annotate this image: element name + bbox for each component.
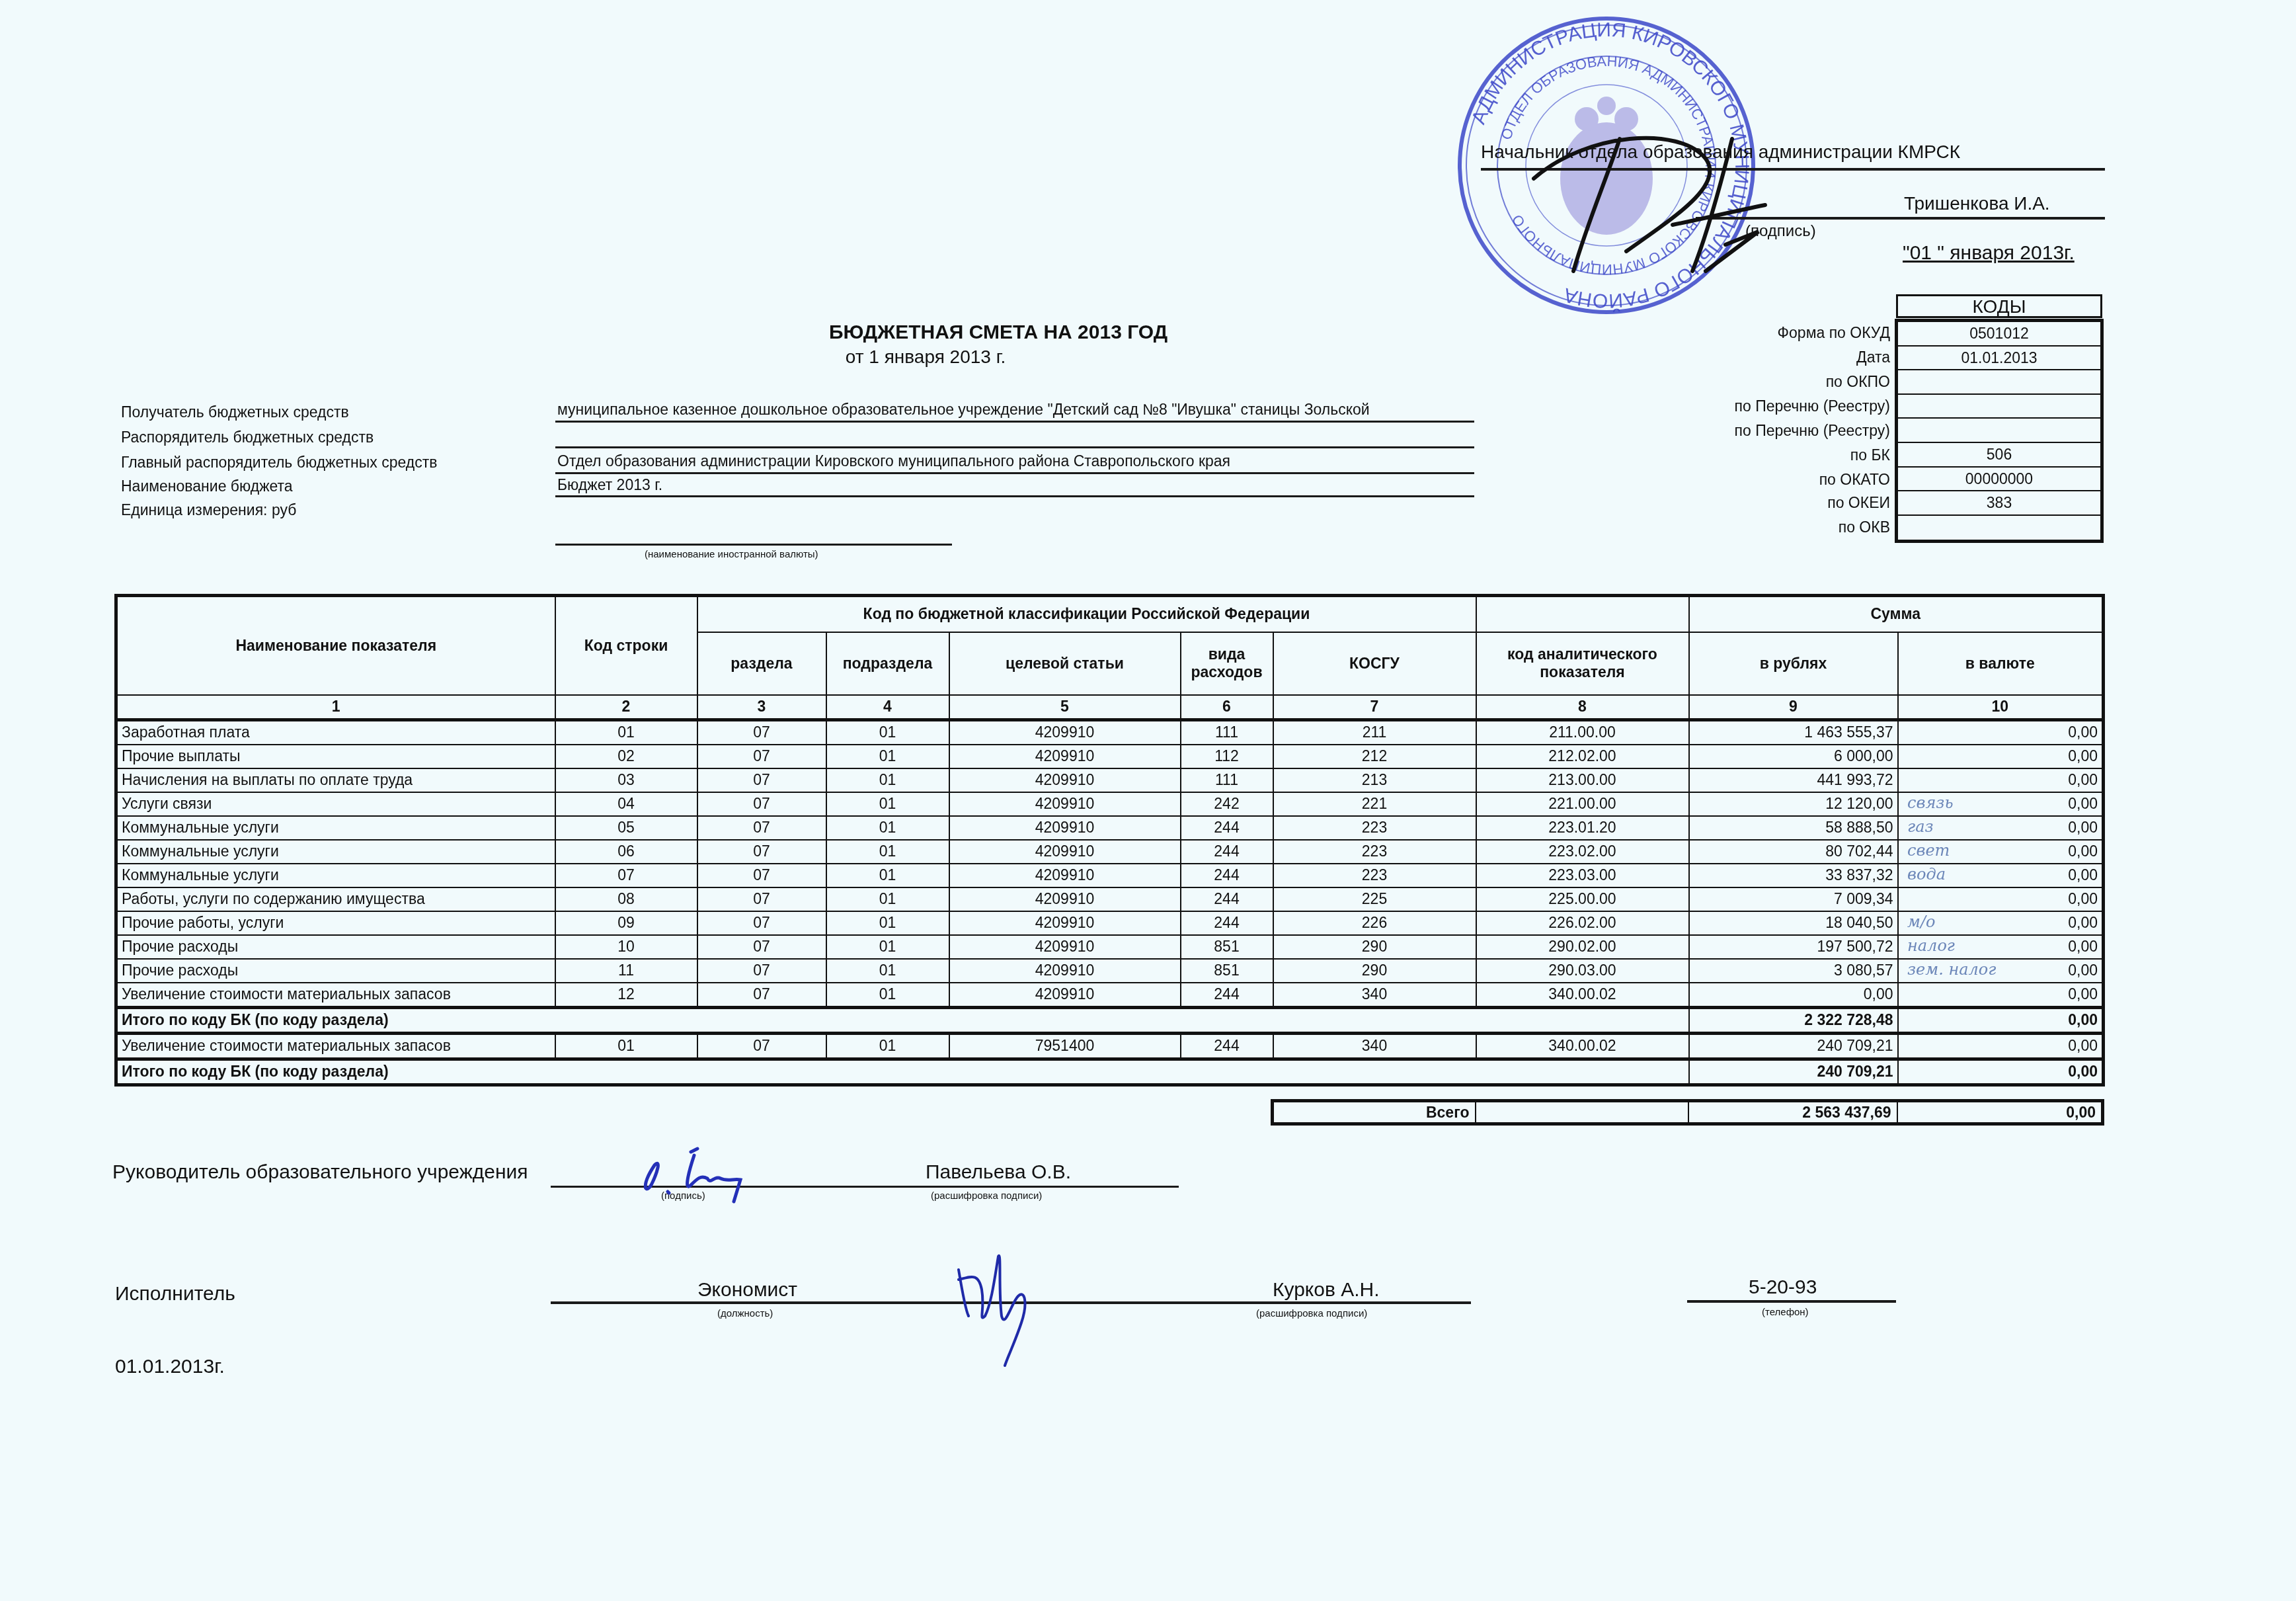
cell-rub: 240 709,21 <box>1689 1033 1898 1059</box>
code-label-bk: по БК <box>1850 446 1890 464</box>
cell-cur: 0,00 <box>1898 745 2104 768</box>
code-label-okei: по ОКЕИ <box>1827 494 1890 512</box>
cell-name: Увеличение стоимости материальных запасо… <box>116 983 555 1008</box>
executor-name: Курков А.Н. <box>1273 1279 1380 1301</box>
cell-section: 07 <box>697 864 826 887</box>
manager-line <box>555 446 1474 448</box>
cell-code: 07 <box>555 864 697 887</box>
cell-vr: 244 <box>1181 911 1273 935</box>
cell-target: 4209910 <box>949 959 1181 983</box>
code-value-okv <box>1898 516 2100 540</box>
cell-target: 4209910 <box>949 745 1181 768</box>
subtotal-currency: 0,00 <box>1898 1007 2104 1033</box>
cell-code: 08 <box>555 887 697 911</box>
cell-target: 4209910 <box>949 911 1181 935</box>
cell-kosgu: 225 <box>1273 887 1476 911</box>
code-value-registry-2 <box>1898 419 2100 443</box>
cell-rub: 12 120,00 <box>1689 792 1898 816</box>
budget-table: Наименование показателя Код строки Код п… <box>114 594 2105 1087</box>
subtotal-rub: 240 709,21 <box>1689 1059 1898 1085</box>
handwritten-note: связь <box>1907 794 1953 812</box>
cell-vr: 111 <box>1181 768 1273 792</box>
cell-section: 07 <box>697 768 826 792</box>
cell-code: 02 <box>555 745 697 768</box>
head-name: Павельева О.В. <box>926 1161 1071 1184</box>
cell-kosgu: 213 <box>1273 768 1476 792</box>
table-row: Увеличение стоимости материальных запасо… <box>116 983 2104 1008</box>
column-number: 7 <box>1273 695 1476 720</box>
table-row: Коммунальные услуги050701420991024422322… <box>116 816 2104 840</box>
cell-subsection: 01 <box>826 816 949 840</box>
cell-code: 12 <box>555 983 697 1008</box>
cell-analytic: 221.00.00 <box>1476 792 1689 816</box>
currency-caption: (наименование иностранной валюты) <box>645 549 818 560</box>
cell-analytic: 340.00.02 <box>1476 1033 1689 1059</box>
cell-kosgu: 211 <box>1273 719 1476 745</box>
cell-analytic: 290.03.00 <box>1476 959 1689 983</box>
table-row: Прочие расходы1007014209910851290290.02.… <box>116 935 2104 959</box>
currency-line <box>555 544 952 546</box>
cell-section: 07 <box>697 887 826 911</box>
cell-vr: 112 <box>1181 745 1273 768</box>
cell-code: 03 <box>555 768 697 792</box>
table-row: Услуги связи0407014209910242221221.00.00… <box>116 792 2104 816</box>
cell-section: 07 <box>697 745 826 768</box>
cell-target: 4209910 <box>949 792 1181 816</box>
executor-signature-icon <box>945 1250 1078 1369</box>
cell-section: 07 <box>697 840 826 864</box>
handwritten-note: м/о <box>1907 913 1935 931</box>
cell-kosgu: 223 <box>1273 864 1476 887</box>
grand-total-label: Всего <box>1273 1101 1476 1124</box>
cell-target: 4209910 <box>949 935 1181 959</box>
cell-analytic: 225.00.00 <box>1476 887 1689 911</box>
cell-subsection: 01 <box>826 983 949 1008</box>
cell-analytic: 340.00.02 <box>1476 983 1689 1008</box>
cell-kosgu: 212 <box>1273 745 1476 768</box>
cell-vr: 242 <box>1181 792 1273 816</box>
cell-analytic: 290.02.00 <box>1476 935 1689 959</box>
cell-rub: 7 009,34 <box>1689 887 1898 911</box>
cell-analytic: 223.02.00 <box>1476 840 1689 864</box>
cell-kosgu: 340 <box>1273 1033 1476 1059</box>
executor-phone: 5-20-93 <box>1749 1276 1817 1299</box>
cell-kosgu: 340 <box>1273 983 1476 1008</box>
code-value-okpo <box>1898 370 2100 395</box>
manager-label: Распорядитель бюджетных средств <box>121 429 374 446</box>
cell-target: 4209910 <box>949 887 1181 911</box>
cell-code: 04 <box>555 792 697 816</box>
cell-analytic: 211.00.00 <box>1476 719 1689 745</box>
cell-rub: 58 888,50 <box>1689 816 1898 840</box>
column-number: 6 <box>1181 695 1273 720</box>
budget-line <box>555 495 1474 497</box>
code-value-date: 01.01.2013 <box>1898 347 2100 371</box>
chief-manager-line <box>555 472 1474 474</box>
cell-vr: 244 <box>1181 864 1273 887</box>
cell-rub: 197 500,72 <box>1689 935 1898 959</box>
cell-name: Прочие работы, услуги <box>116 911 555 935</box>
cell-vr: 244 <box>1181 816 1273 840</box>
header-analytic-top <box>1476 596 1689 632</box>
cell-name: Услуги связи <box>116 792 555 816</box>
cell-vr: 851 <box>1181 959 1273 983</box>
code-label-registry-2: по Перечню (Реестру) <box>1735 422 1890 440</box>
cell-rub: 6 000,00 <box>1689 745 1898 768</box>
handwritten-note: вода <box>1907 865 1946 883</box>
cell-target: 4209910 <box>949 816 1181 840</box>
cell-name: Коммунальные услуги <box>116 840 555 864</box>
cell-subsection: 01 <box>826 959 949 983</box>
cell-kosgu: 290 <box>1273 935 1476 959</box>
table-row: Прочие расходы1107014209910851290290.03.… <box>116 959 2104 983</box>
cell-rub: 1 463 555,37 <box>1689 719 1898 745</box>
cell-cur: 0,00 <box>1898 887 2104 911</box>
executor-position: Экономист <box>697 1279 797 1301</box>
code-label-okpo: по ОКПО <box>1826 373 1890 391</box>
header-expense-type-line2: расходов <box>1191 663 1262 680</box>
code-label-date: Дата <box>1856 349 1890 366</box>
cell-vr: 244 <box>1181 840 1273 864</box>
cell-vr: 244 <box>1181 983 1273 1008</box>
code-value-registry-1 <box>1898 395 2100 419</box>
code-label-okv: по ОКВ <box>1839 518 1890 536</box>
cell-section: 07 <box>697 816 826 840</box>
column-number: 1 <box>116 695 555 720</box>
cell-section: 07 <box>697 792 826 816</box>
cell-kosgu: 290 <box>1273 959 1476 983</box>
code-value-okei: 383 <box>1898 491 2100 516</box>
cell-kosgu: 223 <box>1273 816 1476 840</box>
subtotal-row: Итого по коду БК (по коду раздела)240 70… <box>116 1059 2104 1085</box>
cell-name: Прочие выплаты <box>116 745 555 768</box>
cell-code: 10 <box>555 935 697 959</box>
header-analytic-line2: показателя <box>1540 663 1625 680</box>
document-subtitle: от 1 января 2013 г. <box>727 347 1124 368</box>
cell-cur: 0,00 <box>1898 719 2104 745</box>
cell-cur: 0,00 <box>1898 768 2104 792</box>
cell-analytic: 226.02.00 <box>1476 911 1689 935</box>
cell-subsection: 01 <box>826 792 949 816</box>
approval-date: "01 " января 2013г. <box>1903 242 2075 265</box>
head-label: Руководитель образовательного учреждения <box>112 1161 528 1184</box>
cell-kosgu: 221 <box>1273 792 1476 816</box>
approval-signature-icon <box>1507 119 1851 278</box>
subtotal-currency: 0,00 <box>1898 1059 2104 1085</box>
cell-section: 07 <box>697 911 826 935</box>
cell-subsection: 01 <box>826 745 949 768</box>
grand-total-rub: 2 563 437,69 <box>1688 1101 1897 1124</box>
handwritten-note: налог <box>1907 936 1955 955</box>
cell-kosgu: 226 <box>1273 911 1476 935</box>
executor-phone-line <box>1687 1300 1896 1303</box>
cell-rub: 441 993,72 <box>1689 768 1898 792</box>
column-number: 10 <box>1898 695 2104 720</box>
cell-target: 4209910 <box>949 840 1181 864</box>
cell-subsection: 01 <box>826 887 949 911</box>
cell-target: 4209910 <box>949 719 1181 745</box>
cell-subsection: 01 <box>826 864 949 887</box>
header-target: целевой статьи <box>949 632 1181 695</box>
cell-section: 07 <box>697 983 826 1008</box>
cell-cur: 0,00 <box>1898 983 2104 1008</box>
grand-total-empty <box>1476 1101 1688 1124</box>
cell-rub: 18 040,50 <box>1689 911 1898 935</box>
cell-code: 09 <box>555 911 697 935</box>
codes-header: КОДЫ <box>1896 294 2102 318</box>
cell-code: 11 <box>555 959 697 983</box>
cell-rub: 0,00 <box>1689 983 1898 1008</box>
cell-code: 06 <box>555 840 697 864</box>
cell-target: 7951400 <box>949 1033 1181 1059</box>
cell-vr: 111 <box>1181 719 1273 745</box>
executor-label: Исполнитель <box>115 1283 235 1305</box>
cell-name: Прочие расходы <box>116 959 555 983</box>
handwritten-note: свет <box>1907 841 1950 860</box>
executor-position-caption: (должность) <box>717 1308 773 1319</box>
cell-name: Заработная плата <box>116 719 555 745</box>
cell-analytic: 223.03.00 <box>1476 864 1689 887</box>
table-row: Прочие выплаты0207014209910112212212.02.… <box>116 745 2104 768</box>
table-row: Работы, услуги по содержанию имущества08… <box>116 887 2104 911</box>
handwritten-note: зем. налог <box>1907 960 1996 979</box>
table-row: Коммунальные услуги060701420991024422322… <box>116 840 2104 864</box>
cell-subsection: 01 <box>826 1033 949 1059</box>
cell-name: Увеличение стоимости материальных запасо… <box>116 1033 555 1059</box>
cell-target: 4209910 <box>949 864 1181 887</box>
cell-section: 07 <box>697 935 826 959</box>
column-number: 2 <box>555 695 697 720</box>
cell-name: Коммунальные услуги <box>116 864 555 887</box>
header-analytic-line1: код аналитического <box>1507 645 1657 663</box>
cell-name: Начисления на выплаты по оплате труда <box>116 768 555 792</box>
cell-cur: 0,00 <box>1898 1033 2104 1059</box>
recipient-line <box>555 421 1474 423</box>
code-label-okud: Форма по ОКУД <box>1778 324 1890 342</box>
chief-manager-value: Отдел образования администрации Кировско… <box>557 452 1230 470</box>
column-number: 8 <box>1476 695 1689 720</box>
chief-manager-label: Главный распорядитель бюджетных средств <box>121 454 437 472</box>
budget-value: Бюджет 2013 г. <box>557 476 662 494</box>
recipient-label: Получатель бюджетных средств <box>121 403 349 421</box>
header-analytic: код аналитическогопоказателя <box>1476 632 1689 695</box>
code-value-bk: 506 <box>1898 443 2100 468</box>
cell-vr: 851 <box>1181 935 1273 959</box>
cell-section: 07 <box>697 959 826 983</box>
cell-rub: 80 702,44 <box>1689 840 1898 864</box>
column-number: 3 <box>697 695 826 720</box>
cell-rub: 33 837,32 <box>1689 864 1898 887</box>
header-expense-type-line1: вида <box>1208 645 1246 663</box>
table-row: Прочие работы, услуги0907014209910244226… <box>116 911 2104 935</box>
header-rub: в рублях <box>1689 632 1898 695</box>
head-name-caption: (расшифровка подписи) <box>931 1190 1042 1202</box>
cell-code: 05 <box>555 816 697 840</box>
cell-subsection: 01 <box>826 768 949 792</box>
unit-label: Единица измерения: руб <box>121 501 296 519</box>
code-value-okud: 0501012 <box>1898 322 2100 347</box>
header-expense-type: видарасходов <box>1181 632 1273 695</box>
table-row: Коммунальные услуги070701420991024422322… <box>116 864 2104 887</box>
cell-code: 01 <box>555 1033 697 1059</box>
cell-name: Прочие расходы <box>116 935 555 959</box>
column-numbers-row: 12345678910 <box>116 695 2104 720</box>
document-date: 01.01.2013г. <box>115 1356 225 1378</box>
header-sum-group: Сумма <box>1689 596 2104 632</box>
executor-phone-caption: (телефон) <box>1762 1307 1809 1318</box>
code-label-okato: по ОКАТО <box>1819 471 1890 489</box>
header-name: Наименование показателя <box>116 596 555 695</box>
code-value-okato: 00000000 <box>1898 468 2100 492</box>
cell-vr: 244 <box>1181 1033 1273 1059</box>
handwritten-note: газ <box>1907 817 1934 836</box>
cell-target: 4209910 <box>949 768 1181 792</box>
subtotal-rub: 2 322 728,48 <box>1689 1007 1898 1033</box>
subtotal-label: Итого по коду БК (по коду раздела) <box>116 1007 1689 1033</box>
cell-subsection: 01 <box>826 935 949 959</box>
cell-vr: 244 <box>1181 887 1273 911</box>
cell-subsection: 01 <box>826 840 949 864</box>
grand-total-currency: 0,00 <box>1897 1101 2103 1124</box>
cell-section: 07 <box>697 719 826 745</box>
column-number: 5 <box>949 695 1181 720</box>
cell-subsection: 01 <box>826 911 949 935</box>
table-row: Заработная плата0107014209910111211211.0… <box>116 719 2104 745</box>
header-bk-group: Код по бюджетной классификации Российско… <box>697 596 1476 632</box>
subtotal-row: Итого по коду БК (по коду раздела)2 322 … <box>116 1007 2104 1033</box>
recipient-value: муниципальное казенное дошкольное образо… <box>557 401 1370 419</box>
document-title: БЮДЖЕТНАЯ СМЕТА НА 2013 ГОД <box>661 321 1335 344</box>
codes-box: 0501012 01.01.2013 506 00000000 383 <box>1895 319 2104 543</box>
column-number: 9 <box>1689 695 1898 720</box>
cell-rub: 3 080,57 <box>1689 959 1898 983</box>
header-subsection: подраздела <box>826 632 949 695</box>
header-currency: в валюте <box>1898 632 2104 695</box>
grand-total-box: Всего 2 563 437,69 0,00 <box>1271 1099 2104 1126</box>
cell-name: Коммунальные услуги <box>116 816 555 840</box>
cell-section: 07 <box>697 1033 826 1059</box>
approval-name: Тришенкова И.А. <box>1904 193 2050 214</box>
cell-target: 4209910 <box>949 983 1181 1008</box>
table-row: Начисления на выплаты по оплате труда030… <box>116 768 2104 792</box>
cell-kosgu: 223 <box>1273 840 1476 864</box>
header-row-code: Код строки <box>555 596 697 695</box>
column-number: 4 <box>826 695 949 720</box>
executor-name-caption: (расшифровка подписи) <box>1256 1308 1367 1319</box>
cell-code: 01 <box>555 719 697 745</box>
code-label-registry-1: по Перечню (Реестру) <box>1735 397 1890 415</box>
head-signature-icon <box>635 1139 787 1205</box>
cell-name: Работы, услуги по содержанию имущества <box>116 887 555 911</box>
cell-subsection: 01 <box>826 719 949 745</box>
header-kosgu: КОСГУ <box>1273 632 1476 695</box>
cell-analytic: 212.02.00 <box>1476 745 1689 768</box>
cell-analytic: 213.00.00 <box>1476 768 1689 792</box>
subtotal-label: Итого по коду БК (по коду раздела) <box>116 1059 1689 1085</box>
budget-label: Наименование бюджета <box>121 477 293 495</box>
cell-analytic: 223.01.20 <box>1476 816 1689 840</box>
table-row: Увеличение стоимости материальных запасо… <box>116 1033 2104 1059</box>
header-section: раздела <box>697 632 826 695</box>
